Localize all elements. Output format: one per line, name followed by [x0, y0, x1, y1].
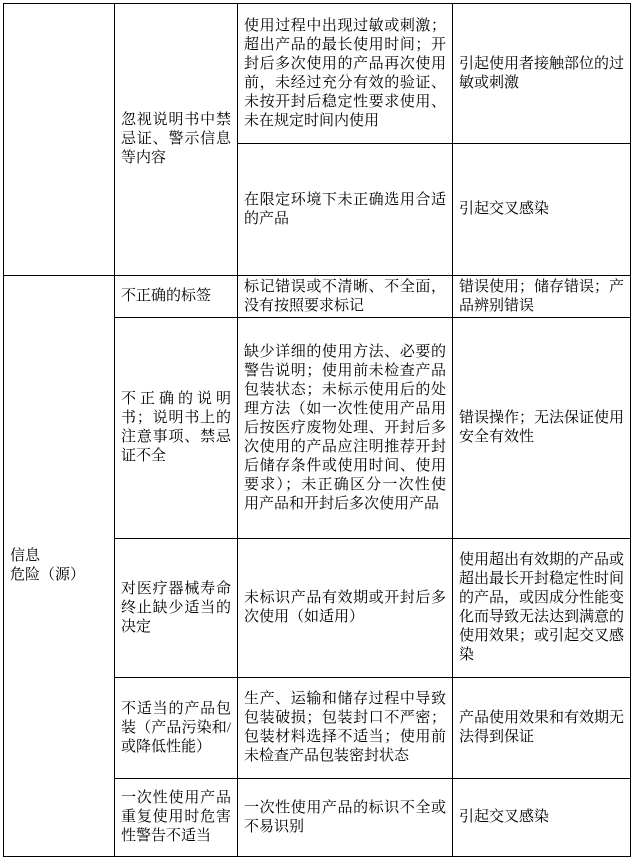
- cell-hazard-single-use-reuse-warning: 一次性使用产品重复使用时危害性警告不适当: [115, 779, 238, 857]
- cell-effect-wrong-operation: 错误操作；无法保证使用安全有效性: [453, 318, 631, 539]
- cell-cause-single-use-marking: 一次性使用产品的标识不全或不易识别: [238, 779, 453, 857]
- cell-cause-wrong-product-selection: 在限定环境下未正确选用合适的产品: [238, 144, 453, 276]
- table-row: 忽视说明书中禁忌证、警示信息等内容 使用过程中出现过敏或刺激；超出产品的最长使用…: [4, 4, 631, 144]
- cell-cause-marking-error: 标记错误或不清晰、不全面，没有按照要求标记: [238, 276, 453, 318]
- cell-hazard-incorrect-label: 不正确的标签: [115, 276, 238, 318]
- cell-hazard-improper-packaging: 不适当的产品包装（产品污染和/或降低性能）: [115, 678, 238, 779]
- cell-hazard-incorrect-manual: 不正确的说明书；说明书上的注意事项、禁忌证不全: [115, 318, 238, 539]
- cell-cause-no-expiry-marking: 未标识产品有效期或开封后多次使用（如适用）: [238, 539, 453, 678]
- cell-effect-cross-infection-1: 引起交叉感染: [453, 144, 631, 276]
- cell-category-information-hazard: 信息 危险（源）: [4, 276, 115, 857]
- cell-effect-misuse-storage-error: 错误使用；储存错误；产品辨别错误: [453, 276, 631, 318]
- cell-effect-cross-infection-2: 引起交叉感染: [453, 779, 631, 857]
- cell-hazard-lifetime-decision: 对医疗器械寿命终止缺少适当的决定: [115, 539, 238, 678]
- cell-effect-expired-product-use: 使用超出有效期的产品或超出最长开封稳定性时间的产品，或因成分性能变化而导致无法达…: [453, 539, 631, 678]
- cell-effect-contact-allergy: 引起使用者接触部位的过敏或刺激: [453, 4, 631, 144]
- risk-analysis-table: 忽视说明书中禁忌证、警示信息等内容 使用过程中出现过敏或刺激；超出产品的最长使用…: [3, 3, 631, 857]
- table-row: 信息 危险（源） 不正确的标签 标记错误或不清晰、不全面，没有按照要求标记 错误…: [4, 276, 631, 318]
- cell-effect-unguaranteed-efficacy: 产品使用效果和有效期无法得到保证: [453, 678, 631, 779]
- cell-cause-allergy-overuse: 使用过程中出现过敏或刺激；超出产品的最长使用时间；开封后多次使用的产品再次使用前…: [238, 4, 453, 144]
- cell-hazard-ignore-instructions: 忽视说明书中禁忌证、警示信息等内容: [115, 4, 238, 276]
- cell-cause-packaging-damage: 生产、运输和储存过程中导致包装破损；包装封口不严密；包装材料选择不适当；使用前未…: [238, 678, 453, 779]
- cell-cause-missing-instructions: 缺少详细的使用方法、必要的警告说明；使用前未检查产品包装状态；未标示使用后的处理…: [238, 318, 453, 539]
- cell-blank-category: [4, 4, 115, 276]
